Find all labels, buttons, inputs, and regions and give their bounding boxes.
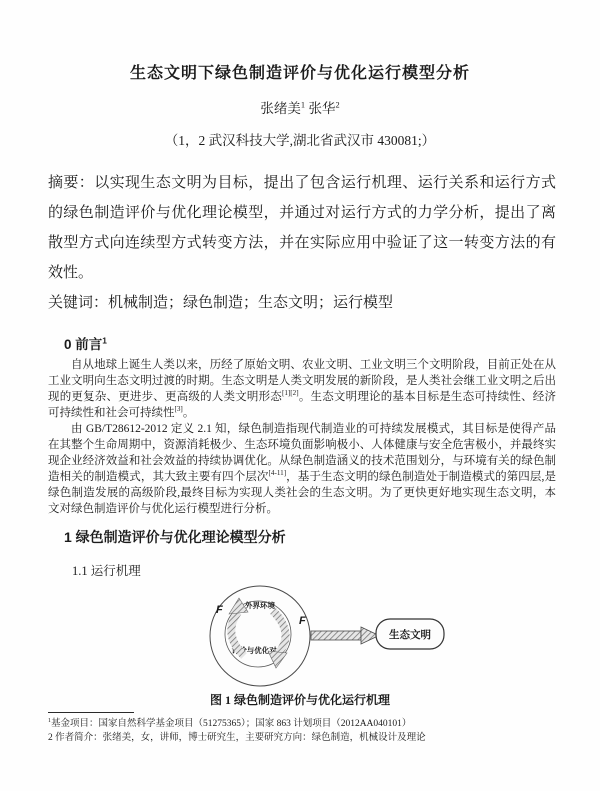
author-1-sup: 1 xyxy=(301,101,305,110)
citation-4-11: [4-11] xyxy=(269,469,287,477)
citation-3: [3] xyxy=(175,405,183,413)
figure-1-diagram: 外界环境 评价与优化对象 F F 生态文明 xyxy=(70,582,530,690)
abstract-block: 摘要：以实现生态文明为目标，提出了包含运行机理、运行关系和运行方式的绿色制造评价… xyxy=(48,168,556,318)
author-line: 张绪美1 张华2 xyxy=(0,97,600,117)
section-0-heading: 0 前言1 xyxy=(64,333,107,353)
abstract-text: 摘要：以实现生态文明为目标，提出了包含运行机理、运行关系和运行方式的绿色制造评价… xyxy=(48,168,556,288)
output-arrow-shaft xyxy=(311,631,361,640)
footnote-separator xyxy=(48,712,134,713)
paragraph-2: 由 GB/T28612-2012 定义 2.1 知，绿色制造指现代制造业的可持续… xyxy=(48,421,556,517)
section-1-heading: 1 绿色制造评价与优化理论模型分析 xyxy=(64,527,286,547)
section-0-heading-sup: 1 xyxy=(102,336,107,346)
citation-1-2: [1][2] xyxy=(282,389,299,397)
footnotes-block: 1基金项目：国家自然科学基金项目（51275365）；国家 863 计划项目（2… xyxy=(48,717,556,745)
paragraph-1: 自从地球上诞生人类以来，历经了原始文明、农业文明、工业文明三个文明阶段，目前正处… xyxy=(48,357,556,421)
footnote-author-bio: 2 作者简介：张绪美，女，讲师，博士研究生，主要研究方向：绿色制造，机械设计及理… xyxy=(48,731,556,745)
outer-environment-label: 外界环境 xyxy=(245,600,275,610)
author-1: 张绪美1 xyxy=(260,101,305,116)
author-2-sup: 2 xyxy=(335,101,339,110)
paper-page: 生态文明下绿色制造评价与优化运行模型分析 张绪美1 张华2 （1，2 武汉科技大… xyxy=(0,0,600,791)
intro-body: 自从地球上诞生人类以来，历经了原始文明、农业文明、工业文明三个文明阶段，目前正处… xyxy=(48,357,556,517)
eco-civilization-label: 生态文明 xyxy=(389,628,431,641)
figure-1-caption: 图 1 绿色制造评价与优化运行机理 xyxy=(0,691,600,708)
section-1-1-heading: 1.1 运行机理 xyxy=(72,561,141,579)
paper-title: 生态文明下绿色制造评价与优化运行模型分析 xyxy=(0,60,600,83)
keywords-line: 关键词：机械制造；绿色制造；生态文明；运行模型 xyxy=(48,288,556,318)
affiliation-line: （1，2 武汉科技大学,湖北省武汉市 430081;） xyxy=(0,129,600,149)
force-f-right-label: F xyxy=(299,615,306,627)
footnote-funding: 1基金项目：国家自然科学基金项目（51275365）；国家 863 计划项目（2… xyxy=(48,717,556,731)
author-2: 张华2 xyxy=(308,101,339,116)
force-f-left-label: F xyxy=(216,604,223,616)
